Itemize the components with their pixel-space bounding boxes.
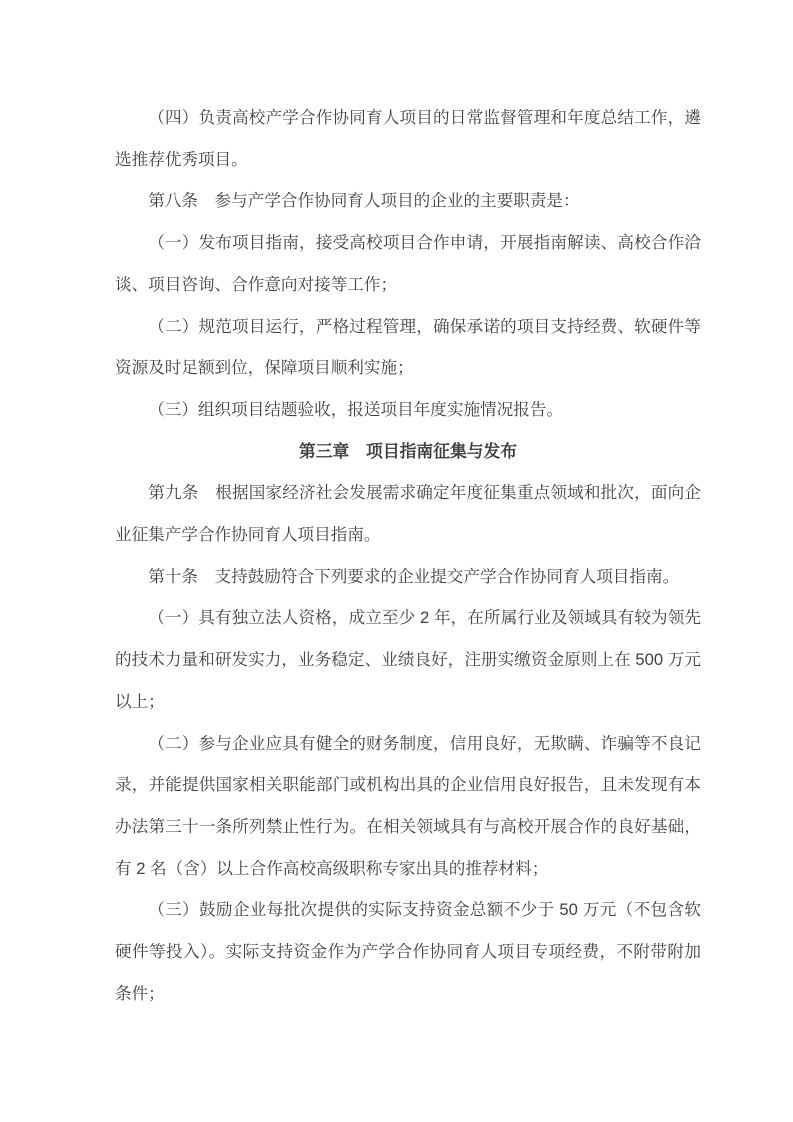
paragraph: 第九条 根据国家经济社会发展需求确定年度征集重点领域和批次，面向企业征集产学合作…	[115, 472, 701, 555]
document-body: （四）负责高校产学合作协同育人项目的日常监督管理和年度总结工作，遴选推荐优秀项目…	[115, 97, 701, 1014]
chapter-heading: 第三章 项目指南征集与发布	[115, 431, 701, 473]
paragraph: （一）具有独立法人资格，成立至少 2 年，在所属行业及领域具有较为领先的技术力量…	[115, 597, 701, 722]
paragraph: 第八条 参与产学合作协同育人项目的企业的主要职责是：	[115, 180, 701, 222]
document-page: （四）负责高校产学合作协同育人项目的日常监督管理和年度总结工作，遴选推荐优秀项目…	[0, 0, 793, 1122]
paragraph: （三）组织项目结题验收，报送项目年度实施情况报告。	[115, 389, 701, 431]
paragraph: （二）参与企业应具有健全的财务制度，信用良好，无欺瞒、诈骗等不良记录，并能提供国…	[115, 723, 701, 890]
paragraph: （三）鼓励企业每批次提供的实际支持资金总额不少于 50 万元（不包含软硬件等投入…	[115, 889, 701, 1014]
paragraph: （四）负责高校产学合作协同育人项目的日常监督管理和年度总结工作，遴选推荐优秀项目…	[115, 97, 701, 180]
paragraph: （二）规范项目运行，严格过程管理，确保承诺的项目支持经费、软硬件等资源及时足额到…	[115, 306, 701, 389]
paragraph: （一）发布项目指南，接受高校项目合作申请，开展指南解读、高校合作洽谈、项目咨询、…	[115, 222, 701, 305]
paragraph: 第十条 支持鼓励符合下列要求的企业提交产学合作协同育人项目指南。	[115, 556, 701, 598]
